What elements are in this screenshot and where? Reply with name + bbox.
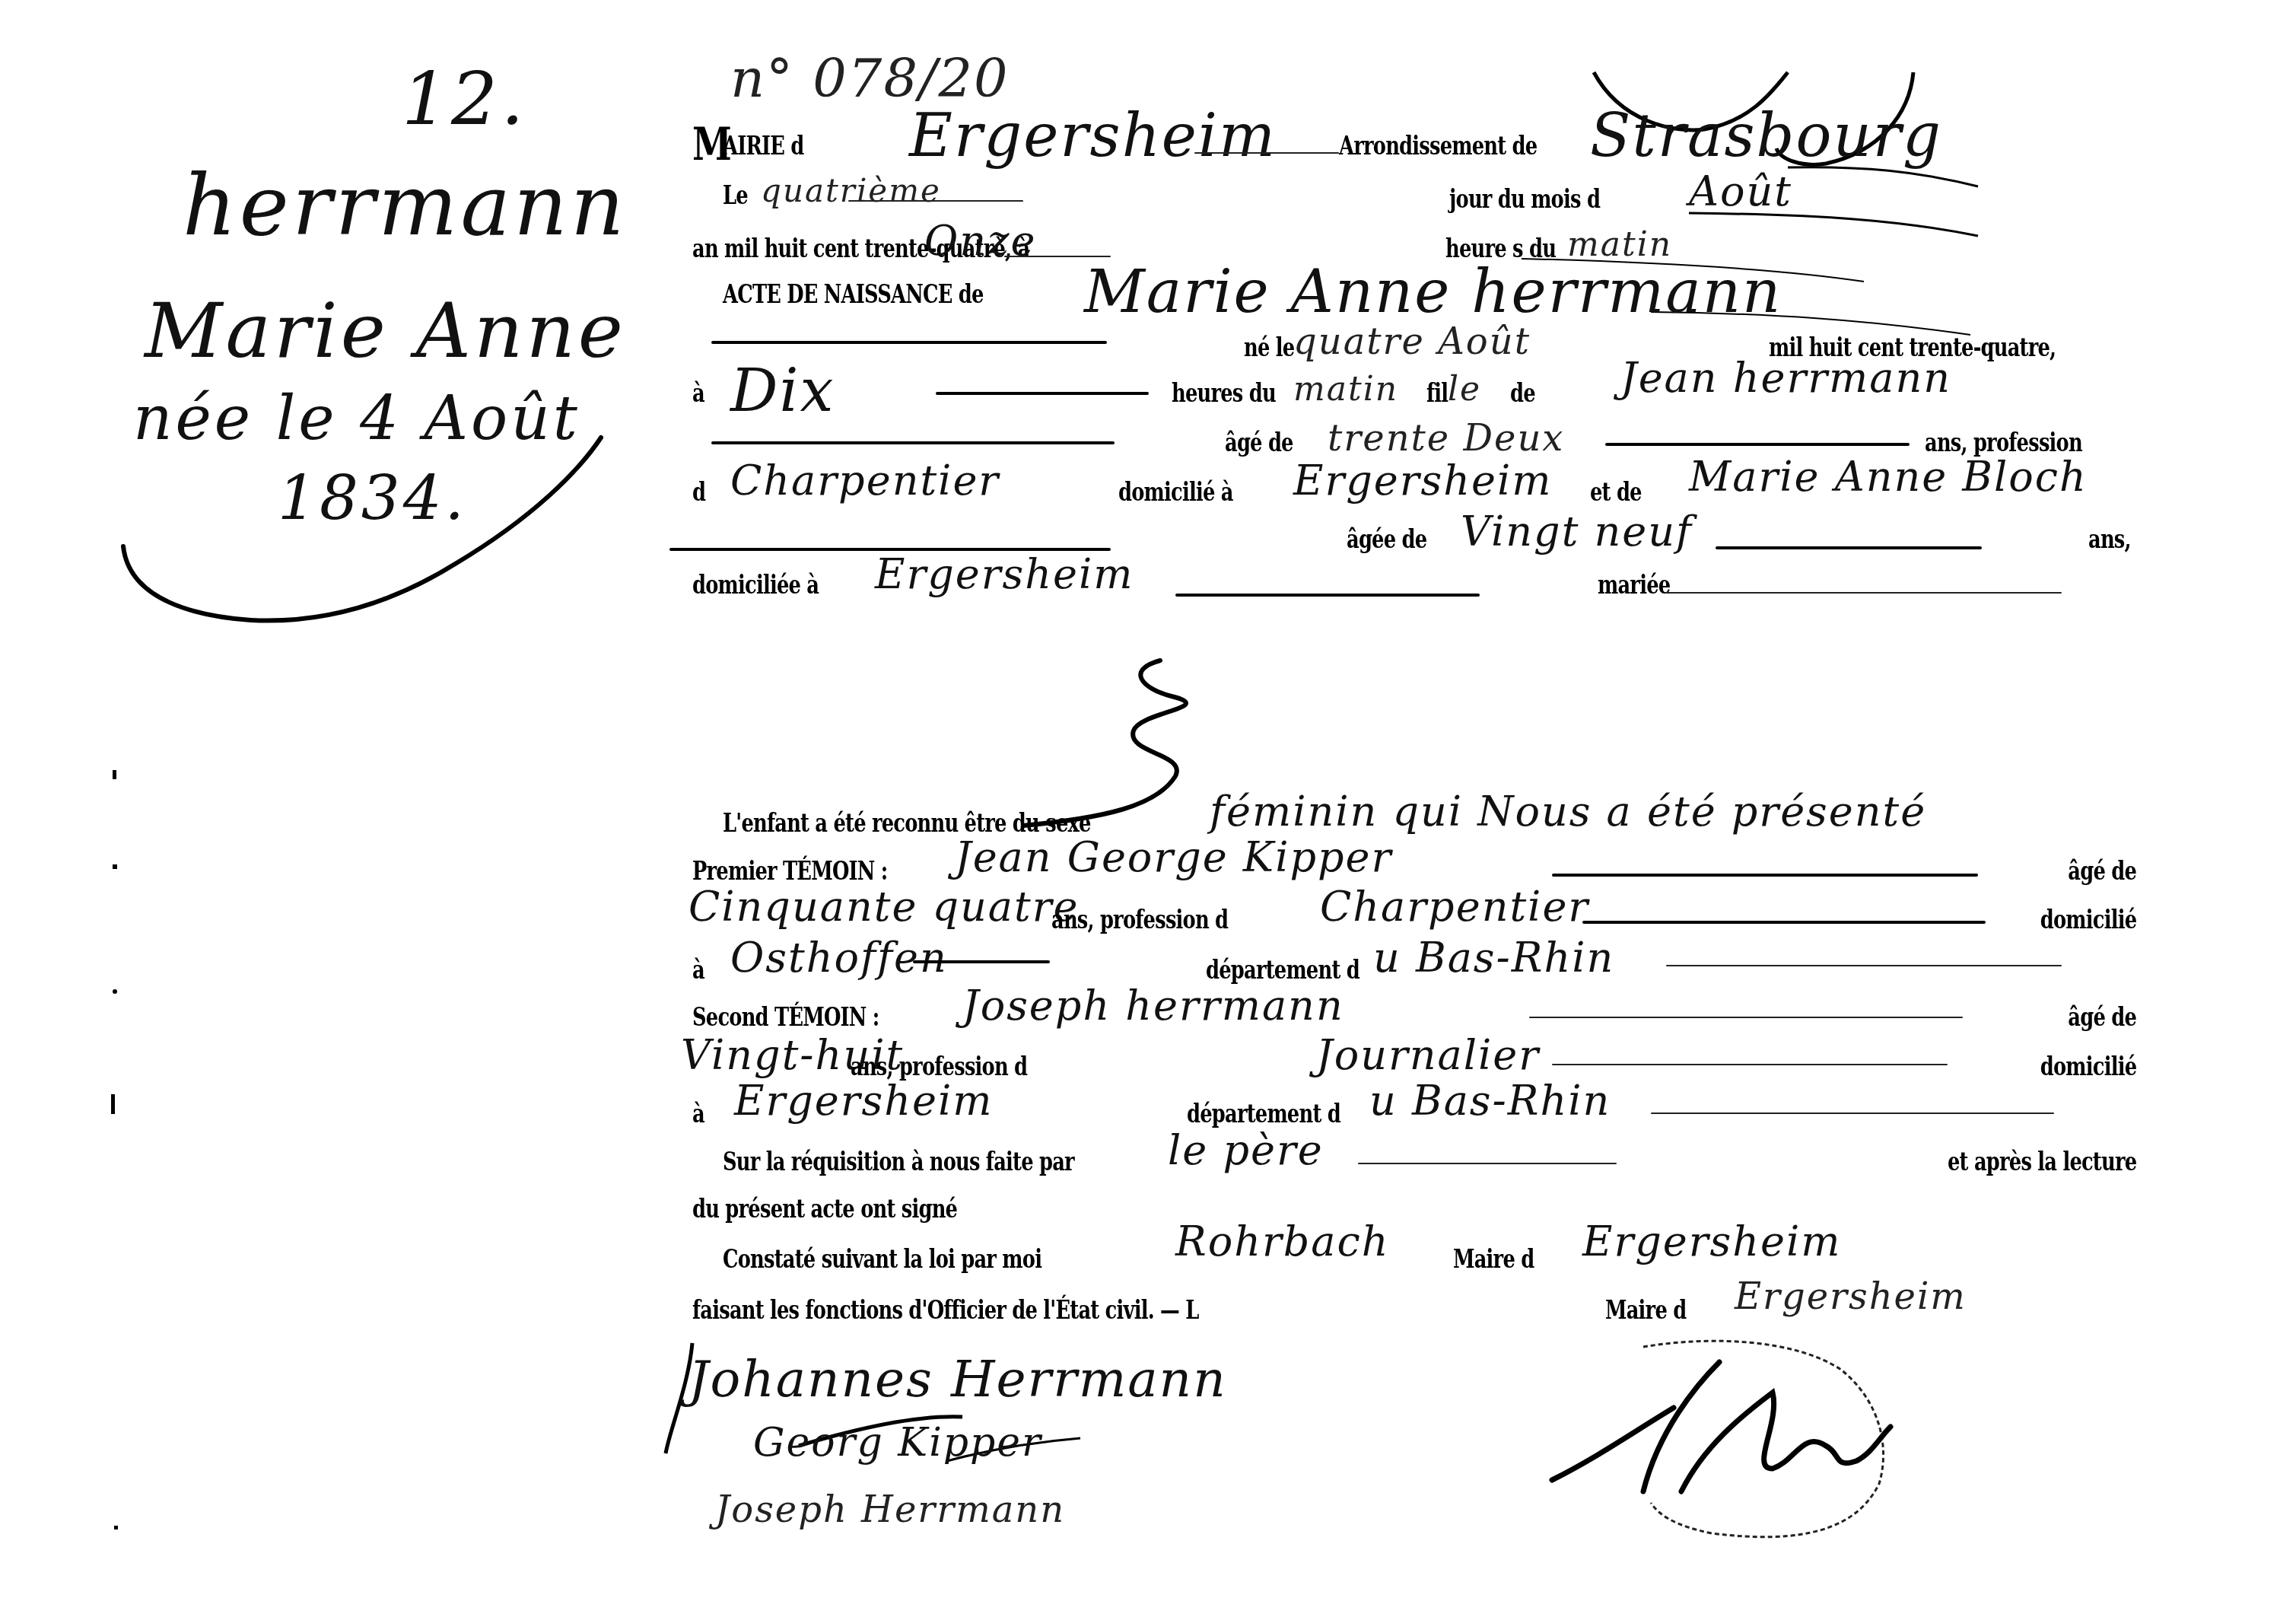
- mother-domicile: Ergersheim: [875, 554, 1134, 595]
- temoin1-label: Premier TÉMOIN :: [692, 858, 887, 883]
- et-de-label: et de: [1590, 479, 1642, 505]
- temoin1-name: Jean George Kipper: [955, 837, 1392, 878]
- rule: [1651, 1112, 2054, 1114]
- entry-number: 12.: [402, 62, 527, 135]
- rule: [1582, 921, 1986, 924]
- birth-date-value: quatre Août: [1293, 323, 1531, 360]
- rule: [1552, 1064, 1948, 1065]
- rule: [1004, 256, 1111, 257]
- agee-de-label: âgée de: [1347, 527, 1426, 552]
- constate-label: Constaté suivant la loi par moi: [723, 1246, 1041, 1272]
- d-label: d: [692, 479, 705, 505]
- temoin1-a-label: à: [692, 957, 704, 982]
- temoin2-a-label: à: [692, 1101, 704, 1126]
- temoin2-domicilie-label: domicilié: [2040, 1054, 2136, 1079]
- period-value: matin: [1567, 228, 1672, 262]
- scan-speck: [113, 989, 117, 994]
- rule: [1358, 1163, 1617, 1164]
- temoin2-profession: Journalier: [1316, 1035, 1540, 1076]
- signature-3: Joseph Herrmann: [715, 1491, 1065, 1528]
- scan-speck: [111, 1094, 115, 1114]
- temoin2-name: Joseph herrmann: [962, 985, 1344, 1027]
- birth-period-value: matin: [1293, 373, 1398, 406]
- temoin2-ans-prof-label: ans, profession d: [851, 1054, 1027, 1079]
- rule: [1175, 594, 1480, 597]
- signe-label: du présent acte ont signé: [692, 1196, 957, 1221]
- temoin2-dept: u Bas-Rhin: [1369, 1081, 1611, 1122]
- maire-name: Rohrbach: [1175, 1221, 1390, 1262]
- ans-profession-label: ans, profession: [1925, 430, 2082, 455]
- maire-commune-2: Ergersheim: [1735, 1278, 1967, 1315]
- sexe-label: L'enfant a été reconnu être du sexe: [723, 810, 1091, 836]
- temoin1-age-label: âgé de: [2068, 858, 2136, 883]
- top-annotation: n° 078/20: [730, 52, 1010, 105]
- rule: [913, 960, 1050, 963]
- arrondissement-value: Strasbourg: [1590, 107, 1942, 166]
- birth-hour-value: Dix: [730, 361, 835, 421]
- mairie-label: AIRIE d: [723, 133, 804, 158]
- rule: [1194, 152, 1339, 154]
- mother-name: Marie Anne Bloch: [1689, 457, 2088, 498]
- rule: [1605, 443, 1910, 446]
- temoin1-domicilie-label: domicilié: [2040, 907, 2136, 932]
- a-label: à: [692, 380, 704, 406]
- lecture-label: et après la lecture: [1948, 1149, 2136, 1174]
- rule: [1529, 1017, 1963, 1018]
- mairie-value: Ergersheim: [909, 107, 1277, 166]
- requisition-label: Sur la réquisition à nous faite par: [723, 1149, 1074, 1174]
- maire-commune: Ergersheim: [1582, 1221, 1842, 1262]
- faisant-label: faisant les fonctions d'Officier de l'Ét…: [692, 1297, 1198, 1323]
- rule: [1552, 874, 1978, 877]
- scan-speck: [114, 1526, 118, 1529]
- child-name: Marie Anne herrmann: [1084, 263, 1782, 322]
- le-label: Le: [723, 183, 748, 208]
- temoin1-domicile: Osthoffen: [730, 937, 948, 979]
- margin-year: 1834.: [278, 468, 467, 529]
- margin-surname: herrmann: [183, 164, 628, 247]
- arrondissement-label: Arrondissement de: [1339, 133, 1537, 158]
- day-value: quatrième: [761, 175, 941, 207]
- domicilie-a-label: domicilié à: [1118, 479, 1233, 505]
- fil-label: fil: [1426, 380, 1448, 406]
- temoin1-dept-label: département d: [1206, 957, 1359, 982]
- margin-birth-note: née le 4 Août: [133, 388, 580, 449]
- temoin1-profession: Charpentier: [1320, 886, 1589, 928]
- rule: [1666, 592, 2062, 594]
- domiciliee-label: domiciliée à: [692, 572, 819, 597]
- mother-age: Vingt neuf: [1461, 511, 1693, 552]
- temoin1-age: Cinquante quatre: [688, 886, 1080, 928]
- maire-d-label-2: Maire d: [1605, 1297, 1686, 1323]
- jour-label: jour du mois d: [1449, 186, 1600, 212]
- father-name: Jean herrmann: [1620, 358, 1951, 399]
- rule: [711, 441, 1115, 444]
- temoin2-age-label: âgé de: [2068, 1004, 2136, 1030]
- ans-label: ans,: [2088, 527, 2131, 552]
- rule: [711, 341, 1107, 344]
- signature-2: Georg Kipper: [753, 1423, 1042, 1463]
- signature-1: Johannes Herrmann: [688, 1354, 1227, 1405]
- requisition-value: le père: [1168, 1130, 1324, 1171]
- month-value: Août: [1689, 171, 1792, 212]
- rule: [936, 392, 1149, 395]
- margin-given-names: Marie Anne: [145, 293, 626, 369]
- scan-speck: [113, 864, 117, 869]
- father-age: trente Deux: [1328, 420, 1564, 457]
- sexe-value: féminin qui Nous a été présenté: [1210, 791, 1926, 832]
- heures-du-label: heures du: [1172, 380, 1276, 406]
- temoin2-label: Second TÉMOIN :: [692, 1004, 879, 1030]
- father-profession: Charpentier: [730, 460, 1000, 501]
- rule: [1666, 965, 2062, 966]
- ne-le-label: né le: [1244, 335, 1294, 360]
- temoin1-dept: u Bas-Rhin: [1373, 937, 1614, 979]
- rule: [848, 200, 1023, 202]
- de-label: de: [1510, 380, 1535, 406]
- mariee-label: mariée: [1598, 572, 1670, 597]
- father-domicile: Ergersheim: [1293, 460, 1553, 501]
- age-de-label: âgé de: [1225, 430, 1293, 455]
- acte-label: ACTE DE NAISSANCE de: [723, 282, 984, 307]
- birth-certificate-scan: 12. herrmann Marie Anne née le 4 Août 18…: [0, 0, 2296, 1617]
- rule: [1716, 546, 1982, 549]
- temoin2-dept-label: département d: [1187, 1101, 1340, 1126]
- scan-speck: [113, 770, 116, 779]
- temoin2-domicile: Ergersheim: [734, 1081, 994, 1122]
- temoin1-ans-prof-label: ans, profession d: [1051, 907, 1228, 932]
- maire-d-label: Maire d: [1453, 1246, 1534, 1272]
- fil-suffix: le: [1448, 373, 1481, 406]
